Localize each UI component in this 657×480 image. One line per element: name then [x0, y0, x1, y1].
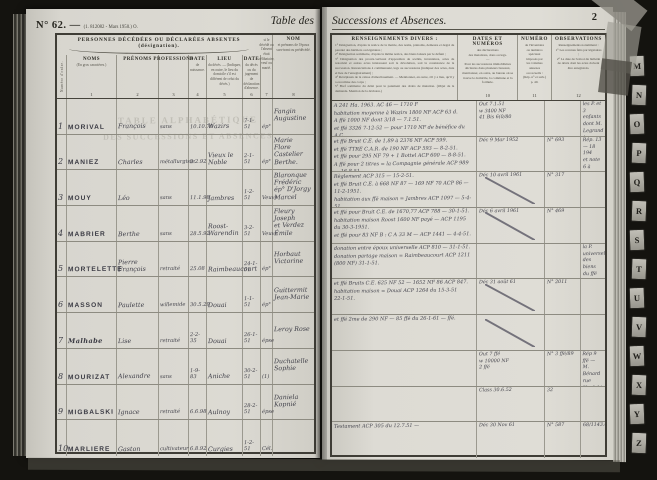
col-header-nom-epoux: NOMet prénoms de l'époux survivant ou pr…: [273, 35, 314, 98]
col-header-indiquer: si le décédé ou l'absent était célibatai…: [261, 35, 273, 98]
register-left-page: N° 62. —(1. 812082 - Mars 1950.) O. Tabl…: [26, 9, 320, 458]
register-right-page: Successions et Absences. 2 RENSEIGNEMENT…: [322, 7, 613, 460]
index-tab: Y: [629, 403, 646, 426]
index-tab: R: [631, 200, 648, 223]
register-row: 8MOURIZATAlexandresans1-9-83Aniche30-2-5…: [57, 349, 314, 385]
page-stack-edge-left: [13, 14, 26, 456]
register-row: Out 7 ffé w 10000 NF 2 fféN° 3 ffé/89Rép…: [332, 351, 605, 387]
right-table-header: RENSEIGNEMENTS DIVERS : 1° Désignation, …: [332, 35, 605, 101]
form-note: (1. 812082 - Mars 1950.) O.: [84, 25, 138, 30]
index-tab: T: [631, 258, 648, 281]
right-table-body: A 241 Ha. 1963. AC 46 — 1710 F habitatio…: [332, 101, 605, 458]
tape-artifact: [598, 58, 632, 95]
register-row: 7MalhabeLiseretraité2-2-35Douai26-1-51ép…: [57, 313, 314, 349]
masthead-left: N° 62. —(1. 812082 - Mars 1950.) O. Tabl…: [36, 15, 316, 33]
register-row: Class 30.6.5232: [332, 387, 605, 423]
col-header-lieu-deces: LIEUdu décès. — (Indiquer, en outre, le …: [207, 55, 243, 98]
register-row: et ffé Bruits C.E. 625 NF 52 — 1652 NF 8…: [332, 279, 605, 315]
register-row: et ffé pour Bruit C.E. de 1670,77 ACP 78…: [332, 208, 605, 244]
index-tab: N: [631, 84, 648, 107]
brace-line: [69, 49, 249, 54]
col-header-dates-numeros: DATES ET NUMÉROS des déclarations des mu…: [458, 35, 518, 100]
deceased-persons-table: PERSONNES DÉCÉDÉES OU DÉCLARÉES ABSENTES…: [55, 33, 316, 454]
register-row: 3MOUYLéosans11.1.98Jambres1-2-51VeuveBla…: [57, 170, 314, 206]
index-tab: S: [629, 229, 646, 252]
register-row: 9MIGBALSKIIgnaceretraité6.6.98Aulnoy28-2…: [57, 385, 314, 421]
left-table-header: PERSONNES DÉCÉDÉES OU DÉCLARÉES ABSENTES…: [57, 35, 314, 99]
page-number: 2: [592, 12, 597, 23]
index-tab: U: [629, 287, 646, 310]
register-row: et ffé 2me de 290 NF — 85 ffé du 26-1-61…: [332, 315, 605, 351]
register-row: A 241 Ha. 1963. AC 46 — 1710 F habitatio…: [332, 101, 605, 137]
register-row: Testament ACP 305 du 12.7.51 —Déc 30 Nov…: [332, 422, 605, 458]
left-table-body: 1MORIVALFrançoissans10.10.70Wazirs7-1-51…: [57, 99, 314, 456]
col-header-date-naissance: DATEde naissance.4: [189, 55, 207, 98]
register-row: 5MORTELETTEPierre Françoisretraité25.08R…: [57, 242, 314, 278]
register-row: Règlement ACP 315 — 15-2-51. et ffé Brui…: [332, 172, 605, 208]
index-tab: X: [631, 374, 648, 397]
index-tab: Q: [629, 171, 646, 194]
index-tab: P: [631, 142, 648, 165]
register-row: 4MABRIERBerthesans28.5.92Roost-Warendin3…: [57, 206, 314, 242]
page-title-left: Table des: [271, 15, 314, 27]
register-row: donation entre époux universelle ACP 810…: [332, 244, 605, 280]
col-header-numero: Numéro d'ordre.: [57, 55, 67, 98]
register-row: et ffé Bruit C.E. de 1,89 à 2376 NF ACP …: [332, 137, 605, 173]
register-row: 2MANIEZCharlesmétallurgiste2.2.92Vieux l…: [57, 135, 314, 171]
page-title-right: Successions et Absences.: [332, 15, 446, 27]
col-header-observations: OBSERVATIONS Renseignements notamment : …: [552, 35, 605, 100]
register-row: 10MARLIEREGastoncultivateur6.8.92Curgies…: [57, 420, 314, 456]
register-row: 1MORIVALFrançoissans10.10.70Wazirs7-1-51…: [57, 99, 314, 135]
form-number: N° 62. —: [36, 20, 81, 31]
book-gutter: [315, 7, 327, 460]
index-tab: V: [631, 316, 648, 339]
index-tab: Z: [631, 432, 648, 455]
col-header-noms: NOMS(En gros caractères.)1: [67, 55, 117, 98]
left-table-group-title: PERSONNES DÉCÉDÉES OU DÉCLARÉES ABSENTES…: [57, 35, 261, 55]
details-table: RENSEIGNEMENTS DIVERS : 1° Désignation, …: [330, 33, 607, 457]
scanned-register: N° 62. —(1. 812082 - Mars 1950.) O. Tabl…: [0, 0, 657, 480]
index-tab: O: [629, 113, 646, 136]
alphabet-index-tabs: M N O P Q R S T U V W X Y Z: [629, 55, 645, 454]
col-header-numero-inventaire: NUMÉRO de l'inventaire ou numéros spécia…: [518, 35, 552, 100]
col-header-professions: PROFESSIONS3: [159, 55, 189, 98]
col-header-renseignements: RENSEIGNEMENTS DIVERS : 1° Désignation, …: [332, 35, 458, 100]
masthead-right: Successions et Absences. 2: [332, 11, 605, 30]
register-row: 6MASSONPaulettewillemide30.5.29Douai1-1-…: [57, 277, 314, 313]
index-tab: W: [629, 345, 646, 368]
